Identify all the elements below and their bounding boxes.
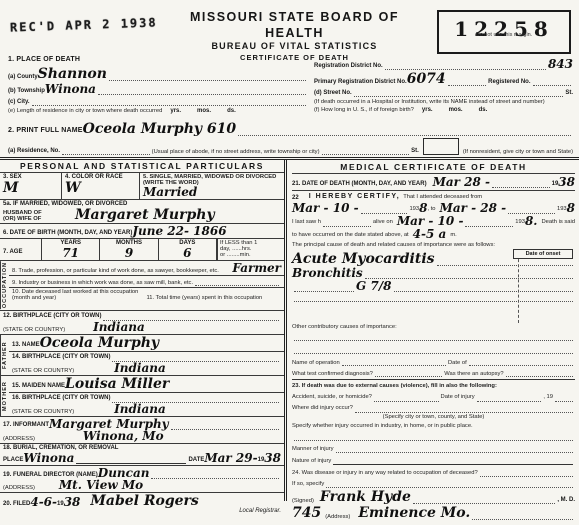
fill-line bbox=[361, 205, 408, 214]
date-of-birth-field: 6. DATE OF BIRTH (MONTH, DAY, AND YEAR) … bbox=[0, 224, 284, 239]
printed-193: 193 bbox=[557, 205, 567, 214]
sex-value: M bbox=[3, 181, 58, 195]
informant-addr-label: (ADDRESS) bbox=[3, 436, 35, 442]
mother-birthplace-field: 16. BIRTHPLACE (CITY OR TOWN) (STATE OR … bbox=[9, 393, 284, 416]
mother-bp-label2: (STATE OR COUNTRY) bbox=[12, 409, 74, 415]
injury-date-label: Date of injury bbox=[441, 393, 475, 402]
fill-line bbox=[195, 277, 279, 286]
fill-line bbox=[555, 393, 573, 402]
printed-193: 193 bbox=[409, 205, 419, 214]
date-of-onset-label: Date of onset bbox=[513, 249, 573, 259]
specify-line: Specify whether injury occurred in indus… bbox=[292, 422, 575, 431]
personal-statistical-column: PERSONAL AND STATISTICAL PARTICULARS 3. … bbox=[0, 160, 287, 501]
fill-line bbox=[294, 432, 573, 441]
printed-193: 193 bbox=[515, 218, 525, 227]
address-label: (Address) bbox=[325, 514, 350, 520]
burial-place-value: Winona bbox=[23, 452, 74, 464]
fill-line bbox=[342, 357, 446, 366]
occupation-group: OCCUPATION 8. Trade, profession, or part… bbox=[0, 261, 284, 310]
manner-label: Manner of injury bbox=[292, 445, 334, 454]
signed-label: (Signed) bbox=[292, 498, 314, 504]
physician-signature-line: (Signed) Frank Hyde , M. D. bbox=[292, 490, 575, 504]
city-label: (c) City. bbox=[8, 99, 30, 106]
fill-line bbox=[394, 283, 573, 292]
fill-line bbox=[109, 72, 306, 81]
fill-line bbox=[333, 456, 573, 465]
divider bbox=[292, 379, 575, 380]
registration-district-value: 843 bbox=[548, 58, 573, 70]
fd-addr-label: (ADDRESS) bbox=[3, 485, 35, 491]
left-column-title: PERSONAL AND STATISTICAL PARTICULARS bbox=[0, 160, 284, 173]
last-saw-value: Mar - 10 - bbox=[397, 215, 464, 227]
father-bp-label: 14. BIRTHPLACE (CITY OR TOWN) bbox=[12, 354, 110, 361]
fill-line bbox=[354, 88, 564, 97]
funeral-director-name: Duncan bbox=[98, 467, 150, 479]
st-suffix: St. bbox=[411, 148, 419, 155]
age-field: 7. AGE YEARS 71 MONTHS 9 DAYS 6 bbox=[0, 239, 284, 261]
medical-certificate-column: MEDICAL CERTIFICATE OF DEATH 21. DATE OF… bbox=[287, 160, 579, 501]
filed-year-value: 38 bbox=[64, 496, 81, 508]
test-line: What test confirmed diagnosis? Was there… bbox=[292, 368, 575, 377]
accident-label: Accident, suicide, or homicide? bbox=[292, 393, 372, 402]
age-years-value: 71 bbox=[44, 247, 97, 259]
birthplace-field: 12. BIRTHPLACE (CITY OR TOWN) (STATE OR … bbox=[0, 311, 284, 335]
wife-of-label: (OR) WIFE OF bbox=[3, 216, 75, 222]
external-causes-block: 23. If death was due to external causes … bbox=[292, 382, 575, 465]
ls-year-value: 8. bbox=[525, 215, 538, 227]
fill-line bbox=[322, 146, 410, 155]
race-value: W bbox=[65, 181, 136, 195]
contributory-block: Other contributory causes of importance: bbox=[292, 323, 575, 354]
fill-line bbox=[465, 218, 513, 227]
fill-line bbox=[492, 179, 550, 188]
last-saw-pre: I last saw h bbox=[292, 218, 321, 227]
filed-field: 20. FILED 4-6- 19 38 Mabel Rogers Local … bbox=[0, 493, 284, 515]
file-number-box: 12258 Do not use this margin. bbox=[437, 10, 571, 54]
mother-vertical-label: MOTHER bbox=[0, 376, 9, 416]
occ10-label: 10. Date deceased last worked at this oc… bbox=[12, 289, 147, 301]
full-name-value: Oceola Murphy 610 bbox=[83, 122, 236, 136]
bp12-label: 12. BIRTHPLACE (CITY OR TOWN) bbox=[3, 313, 101, 320]
occupation-field: 8. Trade, profession, or particular kind… bbox=[9, 261, 284, 276]
form-titles: MISSOURI STATE BOARD OF HEALTH BUREAU OF… bbox=[160, 10, 429, 62]
attended-from-value: Mar - 10 - bbox=[292, 202, 359, 214]
fill-line bbox=[480, 468, 573, 477]
fill-line bbox=[98, 86, 306, 95]
place-left: 1. PLACE OF DEATH (a) County Shannon (b)… bbox=[8, 56, 308, 120]
occ8-value: Farmer bbox=[232, 262, 281, 274]
father-name-field: 13. NAME Oceola Murphy bbox=[9, 335, 284, 352]
fill-line bbox=[323, 218, 371, 227]
header: REC'D APR 2 1938 MISSOURI STATE BOARD OF… bbox=[0, 0, 579, 56]
specify-note: (Specify city or town, county, and State… bbox=[292, 413, 575, 422]
county-label: (a) County bbox=[8, 74, 38, 81]
registration-district-label: Registration District No. bbox=[314, 63, 383, 70]
registrar-signature: Mabel Rogers bbox=[90, 494, 198, 508]
primary-district-value: 6074 bbox=[407, 72, 446, 86]
street-no-label: (d) Street No. bbox=[314, 90, 352, 97]
father-birthplace-field: 14. BIRTHPLACE (CITY OR TOWN) (STATE OR … bbox=[9, 352, 284, 375]
dod-label: 21. DATE OF DEATH (MONTH, DAY, AND YEAR) bbox=[292, 181, 427, 188]
to-year-value: 8 bbox=[567, 202, 575, 214]
bp12-label2: (STATE OR COUNTRY) bbox=[3, 327, 65, 333]
county-value: Shannon bbox=[38, 67, 107, 81]
burial-year-value: 38 bbox=[264, 452, 281, 464]
where-injury-label: Where did injury occur? bbox=[292, 404, 353, 413]
cause-of-death-block: Date of onset Acute Myocarditis Bronchit… bbox=[292, 249, 575, 323]
printed-19: 19 bbox=[552, 181, 559, 188]
occ8-label: 8. Trade, profession, or particular kind… bbox=[12, 268, 232, 274]
street-note: (If death occurred in a Hospital or Inst… bbox=[314, 99, 545, 105]
fill-line bbox=[477, 393, 542, 402]
occ11-label: 11. Total time (years) spent in this occ… bbox=[147, 295, 282, 301]
race-field: 4. COLOR OR RACE W bbox=[62, 173, 140, 199]
item23-label: 23. If death was due to external causes … bbox=[292, 382, 575, 391]
spouse-field: 5a. IF MARRIED, WIDOWED, OR DIVORCED HUS… bbox=[0, 200, 284, 224]
spouse-value: Margaret Murphy bbox=[75, 208, 215, 222]
fill-line bbox=[508, 205, 555, 214]
fill-line bbox=[355, 404, 573, 413]
informant-address-value: Winona, Mo bbox=[83, 430, 164, 442]
sex-field: 3. SEX M bbox=[0, 173, 62, 199]
mother-group: MOTHER 15. MAIDEN NAME Louisa Miller 16.… bbox=[0, 376, 284, 417]
test-label: What test confirmed diagnosis? bbox=[292, 371, 373, 377]
mos-unit: mos. bbox=[449, 107, 463, 113]
ds-unit: ds. bbox=[227, 108, 236, 114]
received-date-stamp: REC'D APR 2 1938 bbox=[10, 15, 160, 34]
to-word: , to bbox=[427, 205, 435, 214]
fill-line bbox=[294, 332, 573, 341]
last-worked-field: 10. Date deceased last worked at this oc… bbox=[9, 288, 284, 302]
dob-value: June 22- 1866 bbox=[132, 225, 226, 237]
attended-to-value: Mar - 28 - bbox=[440, 202, 507, 214]
marital-value: Married bbox=[143, 186, 281, 198]
mos-unit: mos. bbox=[197, 108, 211, 114]
registered-no-label: Registered No. bbox=[488, 79, 530, 86]
residence-length-label: (e) Length of residence in city or town … bbox=[8, 108, 162, 114]
street-suffix: St. bbox=[565, 90, 573, 97]
full-name-section: 2. PRINT FULL NAME Oceola Murphy 610 (a)… bbox=[0, 122, 579, 155]
dob-label: 6. DATE OF BIRTH (MONTH, DAY, AND YEAR) bbox=[3, 230, 132, 237]
fill-line bbox=[62, 146, 150, 155]
printed-19: 19 bbox=[57, 501, 64, 508]
death-certificate-scan: REC'D APR 2 1938 MISSOURI STATE BOARD OF… bbox=[0, 0, 579, 525]
place-of-death-label: 1. PLACE OF DEATH bbox=[8, 56, 308, 65]
main-columns: PERSONAL AND STATISTICAL PARTICULARS 3. … bbox=[0, 157, 579, 501]
filed-date-value: 4-6- bbox=[30, 496, 57, 508]
father-group: FATHER 13. NAME Oceola Murphy 14. BIRTHP… bbox=[0, 335, 284, 376]
industry-field: 9. Industry or business in which work wa… bbox=[9, 276, 284, 288]
fill-line bbox=[336, 444, 573, 453]
operation-label: Name of operation bbox=[292, 360, 340, 366]
township-label: (b) Township bbox=[8, 88, 45, 95]
contributory-label: Other contributory causes of importance: bbox=[292, 323, 575, 332]
age-days-cell: DAYS 6 bbox=[159, 239, 217, 260]
father-name-label: 13. NAME bbox=[12, 342, 40, 349]
if-so-label: If so, specify bbox=[292, 480, 324, 489]
ward-box bbox=[423, 138, 459, 155]
nature-label: Nature of injury bbox=[292, 457, 331, 466]
age-years-cell: YEARS 71 bbox=[42, 239, 100, 260]
sex-race-marital-row: 3. SEX M 4. COLOR OR RACE W 5. SINGLE, M… bbox=[0, 173, 284, 200]
fd-address-value: Mt. View Mo bbox=[59, 479, 143, 491]
cause-2-value: Bronchitis bbox=[292, 267, 363, 279]
mother-name-field: 15. MAIDEN NAME Louisa Miller bbox=[9, 376, 284, 393]
mother-bp-value: Indiana bbox=[114, 403, 166, 415]
fill-line bbox=[533, 77, 572, 86]
fill-line bbox=[326, 479, 573, 488]
residence-note: (Usual place of abode, if no street addr… bbox=[152, 149, 320, 155]
date-of-death-field: 21. DATE OF DEATH (MONTH, DAY, AND YEAR)… bbox=[292, 174, 575, 191]
occurred-line: to have occurred on the date stated abov… bbox=[292, 231, 409, 240]
occupation-vertical-label: OCCUPATION bbox=[0, 261, 9, 309]
dod-value: Mar 28 - bbox=[433, 176, 490, 188]
informant-label: 17. INFORMANT bbox=[3, 422, 49, 429]
cause-1-value: Acute Myocarditis bbox=[292, 252, 435, 266]
form-subtitle: BUREAU OF VITAL STATISTICS bbox=[160, 41, 429, 52]
from-year-value: 8 bbox=[419, 202, 427, 214]
fill-line bbox=[448, 77, 487, 86]
fill-line bbox=[294, 293, 573, 302]
age-months-cell: MONTHS 9 bbox=[100, 239, 158, 260]
place-right: Registration District No. 843 Primary Re… bbox=[308, 56, 573, 120]
death-time-value: 4-5 a bbox=[413, 228, 447, 240]
dod-year-value: 38 bbox=[558, 176, 575, 188]
autopsy-label: Was there an autopsy? bbox=[444, 371, 503, 377]
yrs-unit: yrs. bbox=[170, 108, 181, 114]
residence-label: (a) Residence, No. bbox=[8, 148, 60, 155]
father-name-value: Oceola Murphy bbox=[40, 336, 159, 350]
death-said: Death is said bbox=[541, 218, 575, 227]
operation-line: Name of operation Date of bbox=[292, 357, 575, 366]
fill-line bbox=[294, 283, 354, 292]
principal-cause-line: The principal cause of death and related… bbox=[292, 241, 495, 250]
place-of-death-section: 1. PLACE OF DEATH (a) County Shannon (b)… bbox=[0, 56, 579, 120]
mother-name-label: 15. MAIDEN NAME bbox=[12, 383, 65, 390]
physician-address: Eminence Mo. bbox=[358, 506, 470, 520]
onset-divider bbox=[518, 249, 519, 323]
item24-label: 24. Was disease or injury in any way rel… bbox=[292, 469, 478, 478]
number-745: 745 bbox=[292, 506, 321, 520]
fill-line bbox=[151, 470, 279, 479]
burial-date-label: DATE bbox=[188, 457, 204, 464]
occupation-relation-block: 24. Was disease or injury in any way rel… bbox=[292, 465, 575, 488]
age-note-cell: If LESS than 1 day, ......hrs. or ......… bbox=[217, 239, 284, 260]
cause-3-scribble: G 7/8 bbox=[356, 280, 392, 292]
md-label: , M. D. bbox=[557, 497, 575, 504]
right-column-title: MEDICAL CERTIFICATE OF DEATH bbox=[292, 160, 575, 174]
fill-line bbox=[413, 495, 555, 504]
informant-value: Margaret Murphy bbox=[49, 418, 169, 430]
father-bp-value: Indiana bbox=[114, 362, 166, 374]
fill-line bbox=[374, 393, 439, 402]
nonresident-note: (If nonresident, give city or town and S… bbox=[463, 149, 573, 155]
fill-line bbox=[294, 345, 573, 354]
age-label: 7. AGE bbox=[3, 249, 22, 255]
age-months-value: 9 bbox=[102, 247, 155, 259]
ds-unit: ds. bbox=[479, 107, 488, 113]
fill-line bbox=[171, 421, 279, 430]
age-note-3: or ........min. bbox=[220, 252, 282, 258]
fill-line bbox=[375, 368, 442, 377]
physician-signature: Frank Hyde bbox=[320, 490, 411, 504]
bp12-value: Indiana bbox=[93, 321, 145, 333]
burial-date-value: Mar 29- bbox=[204, 452, 257, 464]
father-vertical-label: FATHER bbox=[0, 335, 9, 375]
certify-paragraph: 22 I HEREBY CERTIFY, That I attended dec… bbox=[292, 191, 575, 249]
full-name-label: 2. PRINT FULL NAME bbox=[8, 127, 83, 136]
m-label: m. bbox=[450, 231, 456, 240]
mother-bp-label: 16. BIRTHPLACE (CITY OR TOWN) bbox=[12, 395, 110, 402]
printed-19-comma: , 19 bbox=[543, 393, 553, 402]
fill-line bbox=[385, 61, 546, 70]
burial-place-label: PLACE bbox=[3, 457, 23, 464]
fill-line bbox=[472, 511, 573, 520]
fill-line bbox=[469, 357, 573, 366]
fill-line bbox=[76, 455, 186, 464]
fill-line bbox=[32, 97, 306, 106]
mother-name-value: Louisa Miller bbox=[65, 377, 169, 391]
printed-19: 19 bbox=[258, 457, 265, 464]
fill-line bbox=[365, 270, 573, 279]
physician-address-line: 745 (Address) Eminence Mo. bbox=[292, 506, 575, 520]
date-of-label: Date of bbox=[448, 360, 467, 366]
yrs-unit: yrs. bbox=[422, 107, 433, 113]
township-value: Winona bbox=[45, 83, 96, 95]
foreign-birth-label: (f) How long in U. S., if of foreign bir… bbox=[314, 107, 414, 113]
form-title: MISSOURI STATE BOARD OF HEALTH bbox=[160, 10, 429, 41]
father-bp-label2: (STATE OR COUNTRY) bbox=[12, 368, 74, 374]
funeral-director-field: 19. FUNERAL DIRECTOR (NAME) Duncan (ADDR… bbox=[0, 466, 284, 493]
primary-district-label: Primary Registration District No. bbox=[314, 79, 407, 86]
last-saw-post: alive on bbox=[373, 218, 393, 227]
age-days-value: 6 bbox=[161, 247, 214, 259]
informant-field: 17. INFORMANT Margaret Murphy (ADDRESS) … bbox=[0, 417, 284, 444]
file-box-note: Do not use this margin. bbox=[439, 32, 569, 38]
fill-line bbox=[238, 127, 571, 136]
burial-field: 18. BURIAL, CREMATION, OR REMOVAL PLACE … bbox=[0, 444, 284, 466]
occ9-label: 9. Industry or business in which work wa… bbox=[12, 280, 193, 286]
filed-label: 20. FILED bbox=[3, 501, 30, 508]
fill-line bbox=[506, 368, 573, 377]
marital-field: 5. SINGLE, MARRIED, WIDOWED OR DIVORCED … bbox=[140, 173, 284, 199]
